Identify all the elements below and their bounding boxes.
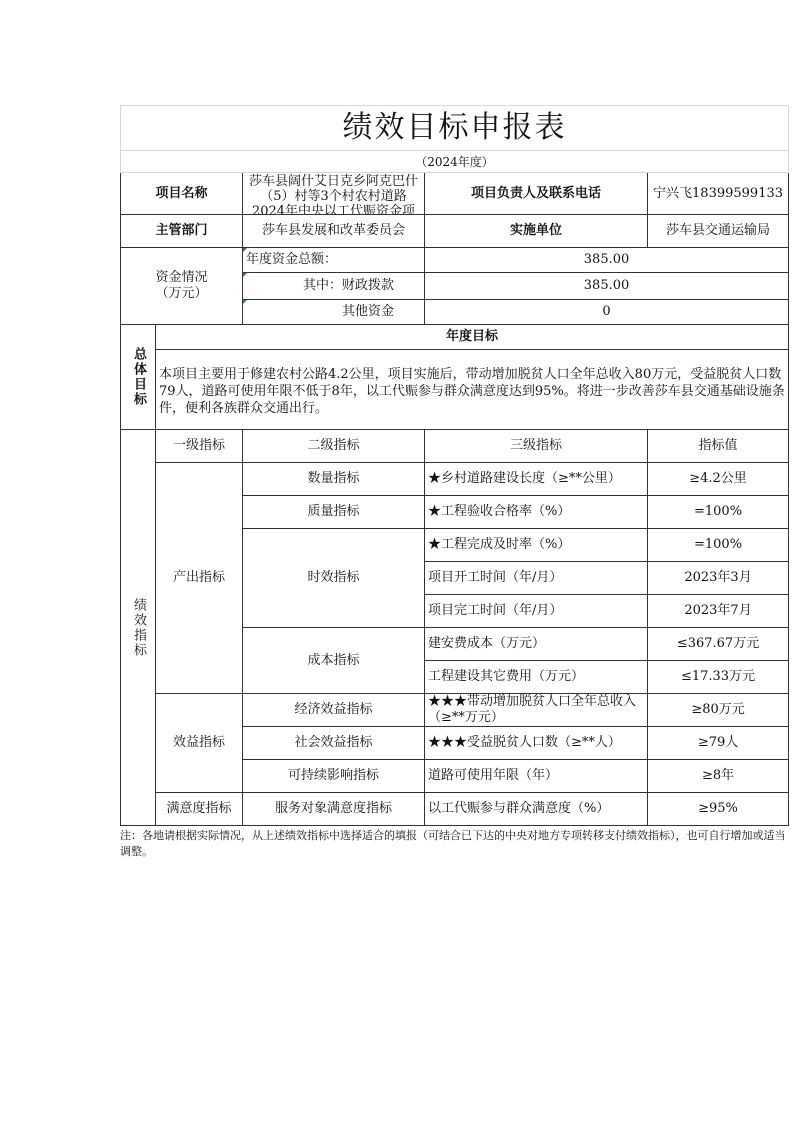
project-owner-value: 宁兴飞18399599133 — [648, 173, 789, 215]
performance-goal-form: 绩效目标申报表 （2024年度） 项目名称 莎车县阔什艾日克乡阿克巴什（5）村等… — [120, 105, 788, 826]
funds-label-line1: 资金情况 — [124, 270, 239, 286]
level2-quantity: 数量指标 — [243, 463, 425, 496]
dept-label: 主管部门 — [121, 215, 243, 248]
funds-fiscal-label: 其中：财政拨款 — [243, 273, 425, 300]
level1-output: 产出指标 — [156, 463, 243, 694]
header-level3: 三级指标 — [425, 430, 648, 463]
level3-cell: ★工程验收合格率（%） — [425, 496, 648, 529]
level2-timeliness: 时效指标 — [243, 529, 425, 628]
footnote: 注：各地请根据实际情况，从上述绩效指标中选择适合的填报（可结合已下达的中央对地方… — [120, 828, 788, 860]
form-year: （2024年度） — [121, 151, 789, 173]
level3-cell: 建安费成本（万元） — [425, 628, 648, 661]
value-cell: ≤17.33万元 — [648, 661, 789, 694]
level3-cell: ★★★带动增加脱贫人口全年总收入（≥**万元） — [425, 694, 648, 727]
level2-economic: 经济效益指标 — [243, 694, 425, 727]
level2-service-satisfaction: 服务对象满意度指标 — [243, 793, 425, 826]
project-name-value: 莎车县阔什艾日克乡阿克巴什（5）村等3个村农村道路2024年中央以工代赈资金项目 — [246, 173, 421, 214]
value-cell: ≤367.67万元 — [648, 628, 789, 661]
level3-cell: 以工代赈参与群众满意度（%） — [425, 793, 648, 826]
value-cell: ≥8年 — [648, 760, 789, 793]
yearly-goal-header: 年度目标 — [156, 325, 789, 350]
table-row: 效益指标 经济效益指标 ★★★带动增加脱贫人口全年总收入（≥**万元） ≥80万… — [121, 694, 789, 727]
header-level1: 一级指标 — [156, 430, 243, 463]
overall-goal-label-cell: 总体目标 — [121, 325, 156, 430]
table-row: 满意度指标 服务对象满意度指标 以工代赈参与群众满意度（%） ≥95% — [121, 793, 789, 826]
value-cell: 2023年7月 — [648, 595, 789, 628]
yearly-goal-text: 本项目主要用于修建农村公路4.2公里，项目实施后，带动增加脱贫人口全年总收入80… — [156, 350, 789, 430]
header-value: 指标值 — [648, 430, 789, 463]
level3-cell: 项目开工时间（年/月） — [425, 562, 648, 595]
level3-cell: 工程建设其它费用（万元） — [425, 661, 648, 694]
value-cell: =100% — [648, 529, 789, 562]
level2-sustainability: 可持续影响指标 — [243, 760, 425, 793]
project-name-cell: 莎车县阔什艾日克乡阿克巴什（5）村等3个村农村道路2024年中央以工代赈资金项目 — [243, 173, 425, 215]
funds-label: 资金情况 （万元） — [121, 248, 243, 325]
header-level2: 二级指标 — [243, 430, 425, 463]
unit-label: 实施单位 — [425, 215, 648, 248]
level2-quality: 质量指标 — [243, 496, 425, 529]
level3-cell: ★乡村道路建设长度（≥**公里） — [425, 463, 648, 496]
level2-cost: 成本指标 — [243, 628, 425, 694]
overall-goal-label: 总体目标 — [130, 347, 146, 407]
dept-value: 莎车县发展和改革委员会 — [243, 215, 425, 248]
value-cell: ≥79人 — [648, 727, 789, 760]
project-owner-label: 项目负责人及联系电话 — [425, 173, 648, 215]
level3-cell: 项目完工时间（年/月） — [425, 595, 648, 628]
project-name-label: 项目名称 — [121, 173, 243, 215]
level1-satisfaction: 满意度指标 — [156, 793, 243, 826]
form-table: 绩效目标申报表 （2024年度） 项目名称 莎车县阔什艾日克乡阿克巴什（5）村等… — [120, 105, 789, 826]
funds-other-value: 0 — [425, 300, 789, 325]
value-cell: =100% — [648, 496, 789, 529]
funds-total-value: 385.00 — [425, 248, 789, 273]
funds-other-label: 其他资金 — [243, 300, 425, 325]
level1-benefit: 效益指标 — [156, 694, 243, 793]
level3-cell: 道路可使用年限（年） — [425, 760, 648, 793]
indicators-label: 绩效指标 — [130, 598, 146, 658]
funds-label-line2: （万元） — [124, 286, 239, 302]
value-cell: ≥95% — [648, 793, 789, 826]
level3-cell: ★★★受益脱贫人口数（≥**人） — [425, 727, 648, 760]
value-cell: 2023年3月 — [648, 562, 789, 595]
table-row: 产出指标 数量指标 ★乡村道路建设长度（≥**公里） ≥4.2公里 — [121, 463, 789, 496]
value-cell: ≥4.2公里 — [648, 463, 789, 496]
funds-total-label: 年度资金总额： — [243, 248, 425, 273]
level2-social: 社会效益指标 — [243, 727, 425, 760]
value-cell: ≥80万元 — [648, 694, 789, 727]
unit-value: 莎车县交通运输局 — [648, 215, 789, 248]
form-title: 绩效目标申报表 — [121, 106, 789, 151]
funds-fiscal-value: 385.00 — [425, 273, 789, 300]
indicators-label-cell: 绩效指标 — [121, 430, 156, 826]
level3-cell: ★工程完成及时率（%） — [425, 529, 648, 562]
